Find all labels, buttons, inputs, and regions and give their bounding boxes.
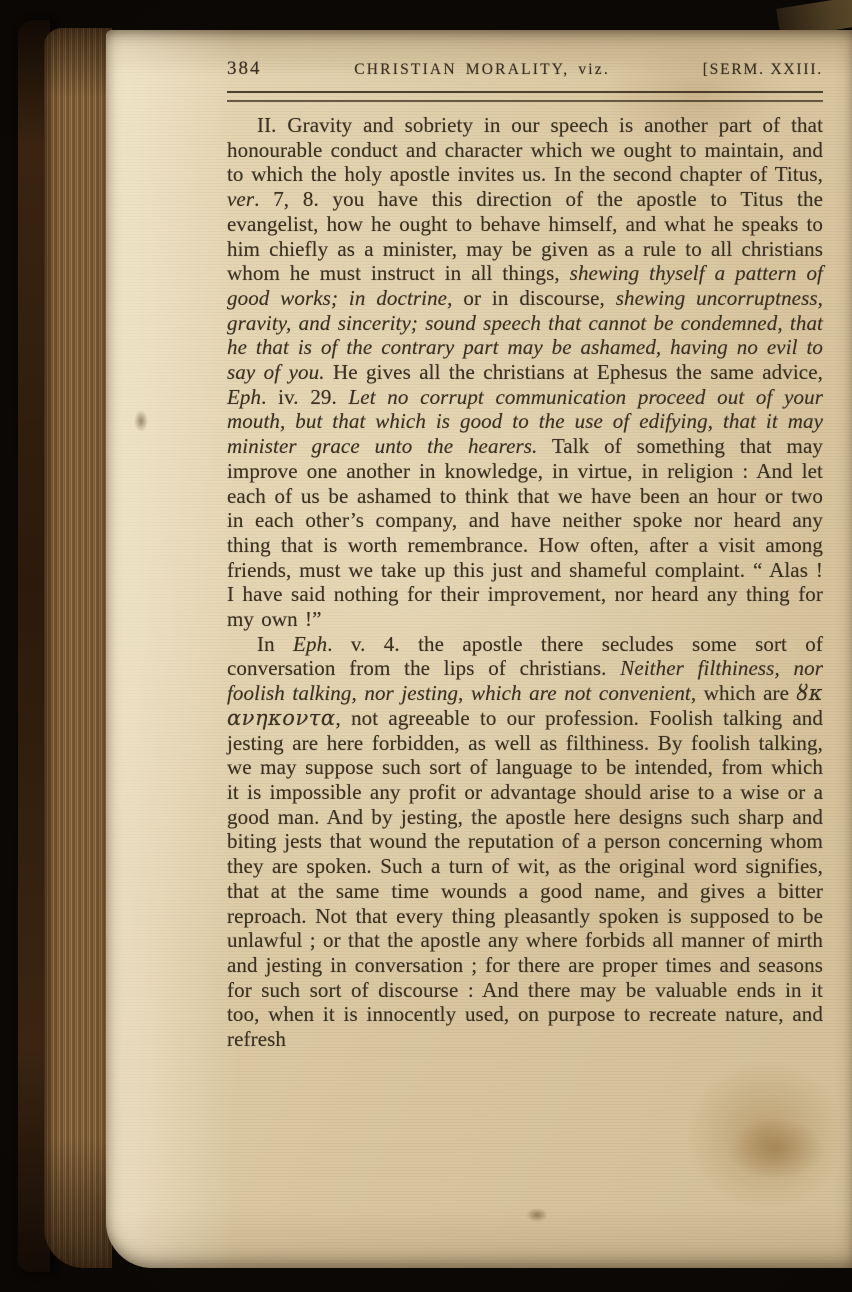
text-segment: Eph [227,385,261,409]
page-fore-edge [44,28,112,1268]
text-segment: which are [696,681,796,705]
page-number: 384 [227,58,262,80]
paper-stain [728,1118,824,1180]
paragraph: II. Gravity and sobriety in our speech i… [227,113,823,632]
header-rule [227,91,823,102]
page-body-text: II. Gravity and sobriety in our speech i… [227,113,823,1052]
paper-stain [134,410,148,432]
text-segment: In [257,632,293,656]
text-segment: , not agreeable to our profession. Fooli… [227,706,823,1051]
text-segment: . iv. 29. [261,385,348,409]
text-segment: II. Gravity and sobriety in our speech i… [227,113,823,186]
paragraph: In Eph. v. 4. the apostle there secludes… [227,632,823,1052]
text-block: 384 CHRISTIAN MORALITY, viz. [SERM. XXII… [227,58,823,1052]
text-segment: or in discourse, [452,286,615,310]
text-segment: He gives all the christians at Ephesus t… [325,360,823,384]
text-segment: Eph [293,632,327,656]
running-title: CHRISTIAN MORALITY, viz. [262,61,703,79]
page-header: 384 CHRISTIAN MORALITY, viz. [SERM. XXII… [227,58,823,84]
paper-stain [686,1060,846,1210]
book-photo: 384 CHRISTIAN MORALITY, viz. [SERM. XXII… [0,0,852,1292]
section-label: [SERM. XXIII. [703,61,823,79]
book-page: 384 CHRISTIAN MORALITY, viz. [SERM. XXII… [106,30,852,1268]
paper-stain [526,1208,548,1222]
text-segment: Talk of something that may improve one a… [227,434,823,631]
text-segment: ver [227,187,254,211]
